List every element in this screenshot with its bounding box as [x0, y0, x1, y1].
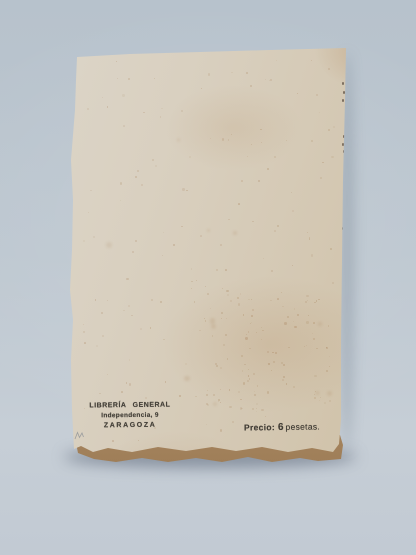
foxing-dot: [222, 138, 224, 140]
foxing-dot: [206, 403, 208, 405]
foxing-dot: [292, 265, 293, 266]
foxing-dot: [129, 383, 131, 385]
foxing-dot: [261, 339, 262, 340]
foxing-dot: [265, 79, 266, 80]
foxing-dot: [120, 200, 121, 201]
foxing-dot: [262, 330, 264, 332]
foxing-dot: [268, 363, 269, 364]
foxing-dot: [254, 391, 255, 392]
foxing-dot: [229, 406, 231, 408]
foxing-dot: [228, 219, 230, 221]
foxing-dot: [293, 321, 294, 322]
foxing-dot: [327, 391, 332, 396]
foxing-dot: [307, 232, 308, 233]
foxing-dot: [145, 397, 147, 399]
foxing-dot: [320, 397, 321, 398]
foxing-dot: [267, 168, 269, 170]
foxing-dot: [220, 367, 222, 369]
foxing-dot: [248, 375, 249, 376]
foxing-dot: [191, 288, 192, 289]
foxing-dot: [201, 88, 203, 90]
foxing-dot: [238, 303, 240, 305]
pencil-mark: [74, 428, 86, 446]
foxing-dot: [231, 72, 232, 73]
foxing-dot: [253, 373, 255, 375]
foxing-dot: [207, 229, 210, 232]
foxing-dot: [250, 323, 251, 324]
sewing-mark: [342, 82, 344, 85]
foxing-dot: [306, 345, 307, 346]
foxing-dot: [306, 295, 308, 297]
foxing-dot: [194, 301, 196, 303]
foxing-dot: [143, 112, 145, 114]
foxing-dot: [90, 190, 91, 191]
foxing-dot: [208, 73, 210, 75]
foxing-dot: [304, 346, 305, 347]
foxing-dot: [308, 315, 309, 316]
foxing-dot: [229, 389, 230, 390]
foxing-dot: [155, 165, 156, 166]
foxing-dot: [275, 352, 277, 354]
foxing-dot: [314, 397, 316, 399]
foxing-dot: [220, 402, 221, 403]
foxing-dot: [216, 269, 218, 271]
foxing-dot: [223, 344, 225, 346]
foxing-dot: [107, 300, 108, 301]
foxing-dot: [332, 282, 334, 284]
foxing-dot: [248, 331, 250, 333]
foxing-dot: [314, 302, 316, 304]
foxing-dot: [181, 110, 183, 112]
foxing-dot: [328, 68, 330, 70]
foxing-dot: [233, 231, 237, 235]
foxing-dot: [288, 347, 289, 348]
foxing-dot: [297, 314, 299, 316]
sewing-mark: [343, 91, 345, 94]
foxing-dot: [282, 306, 283, 307]
foxing-dot: [238, 203, 240, 205]
foxing-dot: [173, 244, 175, 246]
foxing-dot: [316, 348, 317, 349]
foxing-dot: [244, 364, 246, 366]
foxing-dot: [140, 328, 142, 330]
price-stamp: Precio:6pesetas.: [244, 416, 320, 435]
foxing-dot: [225, 334, 227, 336]
foxing-dot: [257, 385, 258, 386]
foxing-dot: [129, 359, 131, 361]
foxing-dot: [107, 106, 108, 107]
foxing-dot: [107, 374, 108, 375]
foxing-dot: [311, 60, 312, 61]
foxing-dot: [121, 391, 123, 393]
foxing-dot: [83, 240, 85, 242]
foxing-dot: [220, 429, 222, 431]
foxing-dot: [213, 394, 215, 396]
foxing-dot: [293, 386, 295, 388]
foxing-dot: [96, 345, 98, 347]
foxing-dot: [305, 301, 307, 303]
foxing-dot: [137, 170, 139, 172]
foxing-dot: [328, 129, 330, 131]
foxing-dot: [225, 269, 227, 271]
foxing-dot: [163, 232, 164, 233]
foxing-dot: [292, 210, 294, 212]
foxing-dot: [205, 320, 207, 322]
foxing-dot: [316, 391, 320, 395]
foxing-dot: [252, 309, 254, 311]
foxing-dot: [117, 78, 118, 79]
foxing-dot: [162, 255, 163, 256]
foxing-dot: [240, 293, 242, 295]
foxing-dot: [319, 112, 320, 113]
foxing-dot: [311, 140, 313, 142]
price-unit: pesetas.: [285, 421, 320, 431]
foxing-dot: [123, 310, 124, 311]
foxing-dot: [256, 403, 258, 405]
foxing-dot: [309, 237, 310, 238]
foxing-dot: [227, 358, 229, 360]
foxing-dot: [84, 408, 85, 409]
foxing-dot: [191, 268, 192, 269]
foxing-dot: [102, 97, 103, 98]
photo-backdrop: LIBRERÍA GENERAL Independencia, 9 ZARAGO…: [0, 0, 416, 555]
foxing-dot: [207, 293, 209, 295]
foxing-dot: [270, 79, 272, 81]
foxing-dot: [294, 308, 295, 309]
foxing-dot: [87, 108, 89, 110]
foxing-dot: [83, 324, 84, 325]
foxing-dot: [128, 78, 130, 80]
foxing-dot: [205, 286, 206, 287]
foxing-dot: [313, 322, 315, 324]
foxing-dot: [195, 396, 197, 398]
foxing-dot: [306, 321, 308, 323]
foxing-dot: [252, 221, 254, 223]
foxing-dot: [247, 156, 248, 157]
foxing-dot: [261, 327, 262, 328]
foxing-dot: [283, 364, 285, 366]
foxing-dot: [241, 355, 243, 357]
foxing-dot: [329, 366, 330, 367]
foxing-dot: [210, 138, 211, 139]
foxing-dot: [313, 338, 314, 339]
foxing-dot: [241, 180, 243, 182]
foxing-dot: [152, 159, 154, 161]
foxing-dot: [243, 382, 245, 384]
foxing-dot: [186, 190, 188, 192]
foxing-dot: [311, 254, 313, 256]
foxing-dot: [227, 294, 229, 296]
foxing-dot: [135, 176, 137, 178]
foxing-dot: [177, 138, 180, 141]
foxing-dot: [286, 140, 287, 141]
foxing-dot: [216, 365, 218, 367]
foxing-dot: [318, 299, 319, 300]
foxing-dot: [221, 318, 222, 319]
bookstore-stamp-address: Independencia, 9: [88, 411, 172, 421]
sewing-mark: [342, 143, 344, 146]
foxing-dot: [256, 411, 257, 412]
foxing-dot: [242, 370, 243, 371]
foxing-dot: [245, 337, 247, 339]
foxing-dot: [314, 375, 316, 377]
foxing-dot: [277, 298, 279, 300]
foxing-dot: [274, 156, 276, 158]
foxing-dot: [106, 242, 112, 248]
foxing-dot: [246, 72, 248, 74]
foxing-dot: [221, 312, 223, 314]
foxing-dot: [163, 339, 164, 340]
foxing-dot: [204, 318, 205, 319]
foxing-dot: [151, 299, 153, 301]
foxing-dot: [271, 270, 273, 272]
foxing-dot: [93, 236, 95, 238]
foxing-dot: [270, 300, 271, 301]
foxing-dot: [154, 78, 155, 79]
foxing-dot: [312, 333, 313, 334]
foxing-dot: [256, 332, 258, 334]
bookstore-stamp: LIBRERÍA GENERAL Independencia, 9 ZARAGO…: [88, 401, 172, 431]
foxing-dot: [165, 381, 167, 383]
bookstore-stamp-city: ZARAGOZA: [88, 421, 172, 431]
foxing-dot: [258, 180, 260, 182]
foxing-dot: [330, 248, 332, 250]
foxing-dot: [83, 331, 84, 332]
foxing-dot: [249, 348, 251, 350]
foxing-dot: [200, 235, 202, 237]
foxing-dot: [284, 322, 286, 324]
foxing-dot: [95, 299, 97, 301]
foxing-dot: [213, 402, 217, 406]
foxing-dot: [267, 391, 269, 393]
foxing-dot: [112, 440, 114, 442]
foxing-dot: [309, 238, 310, 239]
foxing-dot: [211, 324, 216, 329]
foxing-dot: [271, 370, 273, 372]
foxing-dot: [102, 335, 104, 337]
foxing-dot: [196, 280, 197, 281]
foxing-dot: [150, 327, 151, 328]
foxing-dot: [131, 315, 133, 317]
foxing-dot: [126, 382, 128, 384]
foxing-dot: [226, 290, 228, 292]
foxing-dot: [191, 281, 192, 282]
foxing-dot: [260, 129, 262, 131]
foxing-dot: [297, 93, 298, 94]
foxing-dot: [141, 184, 142, 185]
foxing-dot: [206, 424, 207, 425]
foxing-dot: [291, 192, 292, 193]
foxing-dot: [232, 421, 234, 423]
foxing-dot: [326, 347, 328, 349]
foxing-dot: [316, 94, 318, 96]
foxing-dot: [249, 378, 250, 379]
foxing-dot: [248, 369, 249, 370]
foxing-dot: [184, 376, 190, 382]
foxing-dot: [281, 292, 282, 293]
foxing-dot: [326, 370, 328, 372]
foxing-dot: [329, 400, 331, 402]
foxing-dot: [294, 326, 296, 328]
foxing-dot: [101, 312, 103, 314]
foxing-dot: [318, 322, 322, 326]
foxing-dot: [161, 108, 162, 109]
foxing-dot: [277, 225, 279, 227]
foxing-dot: [252, 408, 254, 410]
foxing-dot: [287, 316, 289, 318]
foxing-dot: [324, 402, 326, 404]
price-label: Precio:: [244, 422, 275, 432]
foxing-dot: [116, 61, 117, 62]
foxing-dot: [207, 390, 208, 391]
foxing-dot: [218, 401, 219, 402]
foxing-dot: [272, 352, 274, 354]
foxing-dot: [251, 144, 252, 145]
foxing-dot: [212, 335, 214, 337]
foxing-dot: [263, 258, 264, 259]
foxing-dot: [319, 400, 320, 401]
foxing-dot: [138, 440, 140, 442]
foxing-dot: [274, 230, 276, 232]
foxing-dot: [230, 300, 232, 302]
foxing-dot: [261, 409, 263, 411]
foxing-dot: [160, 301, 162, 303]
foxing-dot: [273, 361, 275, 363]
foxing-dot: [122, 94, 124, 96]
foxing-dot: [120, 182, 122, 184]
foxing-dot: [282, 379, 284, 381]
foxing-dot: [99, 393, 101, 395]
foxing-dot: [307, 300, 308, 301]
foxing-dot: [123, 125, 125, 127]
foxing-dot: [333, 126, 335, 128]
price-amount: 6: [278, 422, 284, 433]
foxing-dot: [226, 318, 227, 319]
foxing-dot: [238, 391, 240, 393]
bookstore-stamp-name: LIBRERÍA GENERAL: [88, 401, 172, 411]
foxing-dot: [248, 299, 249, 300]
foxing-dot: [251, 322, 252, 323]
foxing-dot: [220, 389, 221, 390]
foxing-dot: [135, 240, 137, 242]
foxing-dot: [246, 334, 247, 335]
foxing-dot: [276, 60, 277, 61]
foxing-dot: [283, 376, 285, 378]
foxing-dot: [281, 362, 283, 364]
foxing-dot: [228, 139, 230, 141]
foxing-dot: [247, 380, 249, 382]
foxing-dot: [185, 363, 187, 365]
foxing-dot: [160, 116, 162, 118]
foxing-dot: [206, 394, 208, 396]
foxing-dot: [220, 244, 222, 246]
foxing-dot: [320, 177, 322, 179]
foxing-dot: [189, 156, 191, 158]
foxing-dot: [132, 251, 134, 253]
foxing-dot: [210, 308, 211, 309]
foxing-dot: [240, 399, 241, 400]
foxing-dot: [237, 297, 239, 299]
foxing-dot: [243, 314, 244, 315]
foxing-dot: [179, 395, 180, 396]
foxing-dot: [182, 188, 184, 190]
foxing-dot: [254, 394, 255, 395]
foxing-dot: [250, 85, 252, 87]
foxing-dot: [222, 288, 223, 289]
foxing-dot: [331, 156, 333, 158]
foxing-dot: [328, 325, 329, 326]
foxing-dot: [267, 351, 269, 353]
foxing-dot: [286, 383, 288, 385]
foxing-dot: [256, 408, 257, 409]
foxing-dot: [314, 394, 315, 395]
foxing-dot: [88, 212, 89, 213]
foxing-dot: [251, 315, 253, 317]
sewing-mark: [342, 99, 344, 102]
foxing-dot: [181, 226, 183, 228]
foxing-dot: [322, 162, 324, 164]
foxing-dot: [199, 330, 200, 331]
foxing-dot: [231, 134, 232, 135]
foxing-dot: [126, 278, 128, 280]
foxing-dot: [329, 356, 330, 357]
foxing-dot: [251, 299, 252, 300]
foxing-dot: [84, 342, 86, 344]
foxing-dot: [128, 305, 130, 307]
foxing-dot: [261, 142, 262, 143]
